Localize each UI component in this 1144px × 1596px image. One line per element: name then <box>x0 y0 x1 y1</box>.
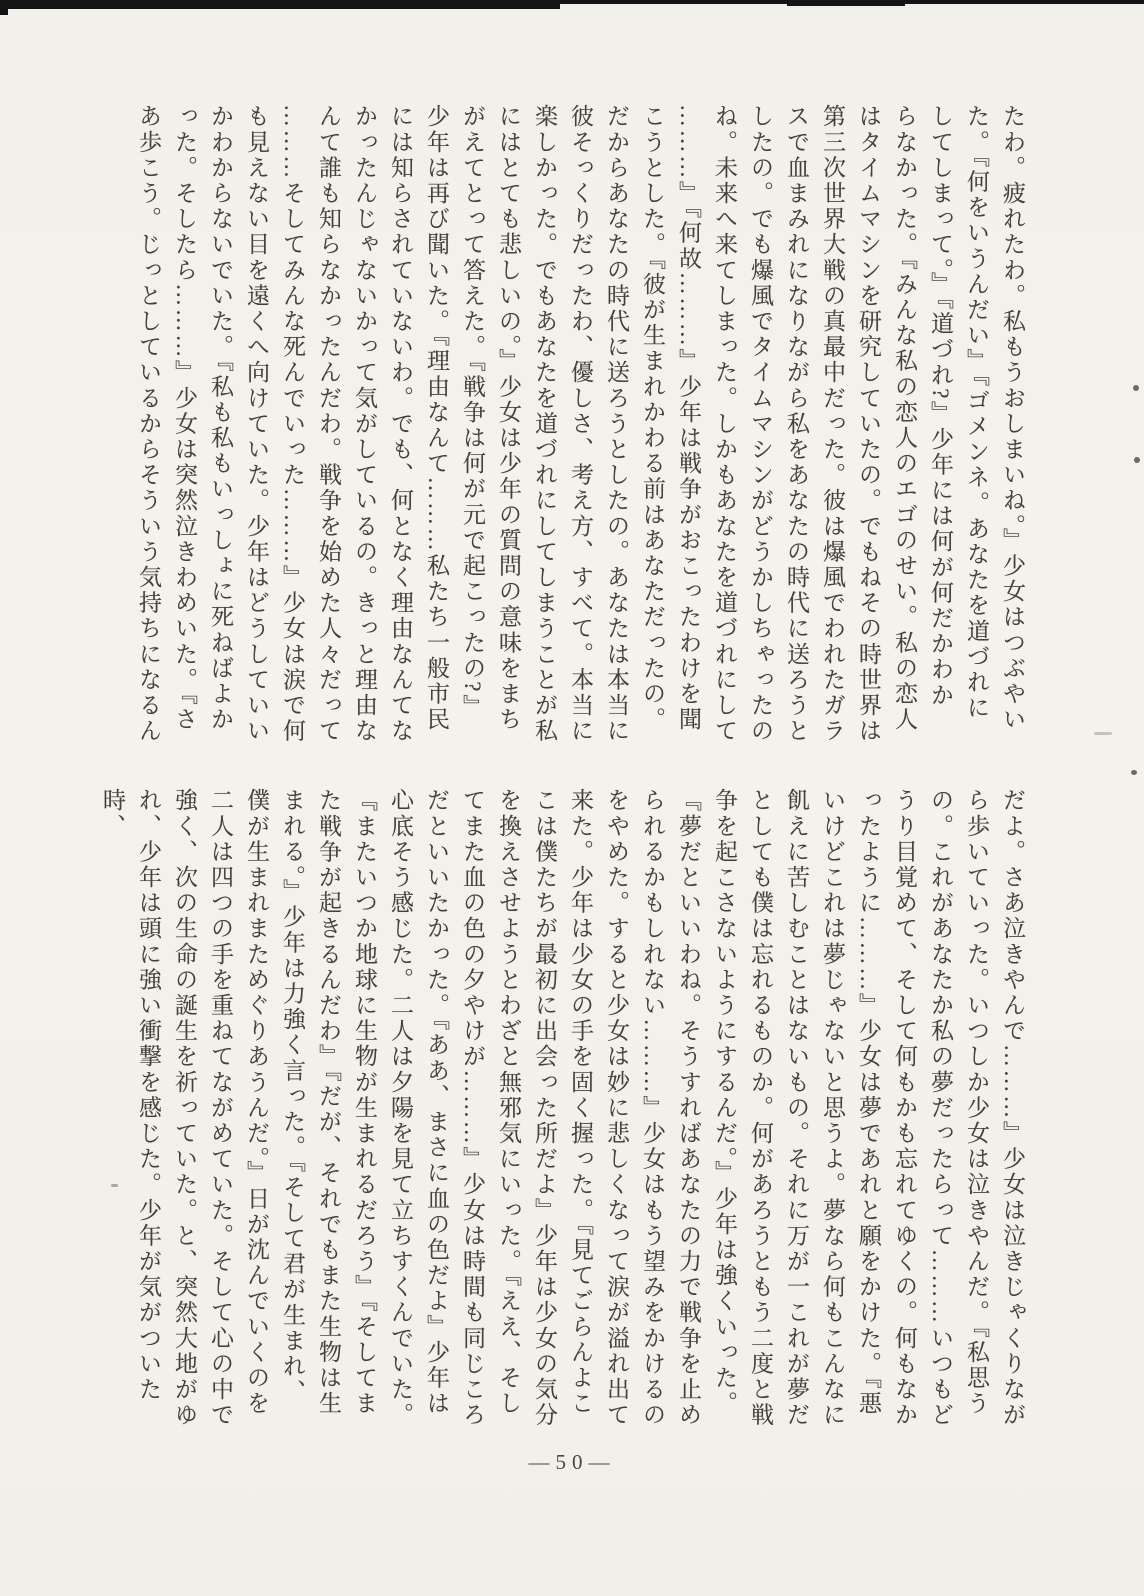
text-column: ね。未来へ来てしまった。しかもあなたを道づれにして <box>706 104 742 754</box>
text-column: には知らされていないわ。でも、何となく理由なんてな <box>382 104 418 754</box>
text-column: の。これがあなたか私の夢だったらって………いつもど <box>922 788 958 1443</box>
scan-edge-corner <box>0 0 8 15</box>
text-column: こは僕たちが最初に出会った所だよ』少年は少女の気分 <box>526 788 562 1443</box>
page-number: —50— <box>0 1450 1144 1475</box>
text-block-bottom: だよ。さあ泣きやんで………』少女は泣きじゃくりながら歩いていった。いつしか少女は… <box>130 788 1030 1443</box>
text-column: スで血まみれになりながら私をあなたの時代に送ろうと <box>778 104 814 754</box>
text-column: った。そしたら………』少女は突然泣きわめいた。『さ <box>166 104 202 754</box>
scan-smudge <box>1094 732 1112 735</box>
text-column: 二人は四つの手を重ねてながめていた。そして心の中で <box>202 788 238 1443</box>
text-column: したの。でも爆風でタイムマシンがどうかしちゃったの <box>742 104 778 754</box>
scan-edge-top <box>0 0 560 9</box>
text-column: 来た。少年は少女の手を固く握った。『見てごらんよこ <box>562 788 598 1443</box>
text-column: がえてとって答えた。『戦争は何が元で起こったの?』 <box>454 104 490 754</box>
scan-edge-top <box>787 0 905 6</box>
text-column: 強く、次の生命の誕生を祈っていた。と、突然大地がゆ <box>166 788 202 1443</box>
scan-speck <box>111 1184 118 1187</box>
text-column: ………そしてみんな死んでいった………』少女は涙で何 <box>274 104 310 754</box>
text-column: 僕が生まれまためぐりあうんだ。』日が沈んでいくのを <box>238 788 274 1443</box>
text-column: 少年は再び聞いた。『理由なんて………私たち一般市民 <box>418 104 454 754</box>
text-column: んて誰も知らなかったんだわ。戦争を始めた人々だって <box>310 104 346 754</box>
text-block-top: たわ。疲れたわ。私もうおしまいね。』少女はつぶやいた。『何をいうんだい』『ゴメン… <box>130 104 1030 754</box>
text-column: 第三次世界大戦の真最中だった。彼は爆風でわれたガラ <box>814 104 850 754</box>
text-column: られるかもしれない………』少女はもう望みをかけるの <box>634 788 670 1443</box>
text-column: にはとても悲しいの。』少女は少年の質問の意味をまち <box>490 104 526 754</box>
text-column: うり目覚めて、そして何もかも忘れてゆくの。何もなか <box>886 788 922 1443</box>
text-column: も見えない目を遠くへ向けていた。少年はどうしていい <box>238 104 274 754</box>
text-column: してしまって。』『道づれ?』少年には何が何だかわか <box>922 104 958 754</box>
text-column: ったように………』少女は夢であれと願をかけた。『悪 <box>850 788 886 1443</box>
text-column: ………』『何故………』少年は戦争がおこったわけを聞 <box>670 104 706 754</box>
text-column: たわ。疲れたわ。私もうおしまいね。』少女はつぶやい <box>994 104 1030 754</box>
text-column: た戦争が起きるんだわ』『だが、それでもまた生物は生 <box>310 788 346 1443</box>
text-column: だといいたかった。『ああ、まさに血の色だよ』少年は <box>418 788 454 1443</box>
text-column: らなかった。『みんな私の恋人のエゴのせい。私の恋人 <box>886 104 922 754</box>
text-column: 飢えに苦しむことはないもの。それに万が一これが夢だ <box>778 788 814 1443</box>
text-column: かわからないでいた。『私も私もいっしょに死ねばよか <box>202 104 238 754</box>
text-column: あ歩こう。じっとしているからそういう気持ちになるん <box>130 104 166 754</box>
text-column: 彼そっくりだったわ、優しさ、考え方、すべて。本当に <box>562 104 598 754</box>
text-column: を換えさせようとわざと無邪気にいった。『ええ、そし <box>490 788 526 1443</box>
text-column: 楽しかった。でもあなたを道づれにしてしまうことが私 <box>526 104 562 754</box>
text-column: としても僕は忘れるものか。何があろうともう二度と戦 <box>742 788 778 1443</box>
text-column: れ、少年は頭に強い衝撃を感じた。少年が気がついた時、 <box>94 788 166 1443</box>
text-column: はタイムマシンを研究していたの。でもねその時世界は <box>850 104 886 754</box>
text-column: 心底そう感じた。二人は夕陽を見て立ちすくんでいた。 <box>382 788 418 1443</box>
scan-speck <box>1131 770 1137 775</box>
text-column: 『またいつか地球に生物が生まれるだろう』『そしてま <box>346 788 382 1443</box>
text-column: てまた血の色の夕やけが………』少女は時間も同じころ <box>454 788 490 1443</box>
text-column: 争を起こさないようにするんだ。』少年は強くいった。 <box>706 788 742 1443</box>
text-column: ら歩いていった。いつしか少女は泣きやんだ。『私思う <box>958 788 994 1443</box>
text-column: まれる。』少年は力強く言った。『そして君が生まれ、 <box>274 788 310 1443</box>
text-column: だよ。さあ泣きやんで………』少女は泣きじゃくりなが <box>994 788 1030 1443</box>
scan-speck <box>1133 385 1139 391</box>
text-column: いけどこれは夢じゃないと思うよ。夢なら何もこんなに <box>814 788 850 1443</box>
text-column: かったんじゃないかって気がしているの。きっと理由な <box>346 104 382 754</box>
text-column: こうとした。『彼が生まれかわる前はあなただったの。 <box>634 104 670 754</box>
scan-speck <box>1134 457 1140 463</box>
text-column: 『夢だといいわね。そうすればあなたの力で戦争を止め <box>670 788 706 1443</box>
text-column: た。『何をいうんだい』『ゴメンネ。あなたを道づれに <box>958 104 994 754</box>
text-column: をやめた。すると少女は妙に悲しくなって涙が溢れ出て <box>598 788 634 1443</box>
text-column: だからあなたの時代に送ろうとしたの。あなたは本当に <box>598 104 634 754</box>
